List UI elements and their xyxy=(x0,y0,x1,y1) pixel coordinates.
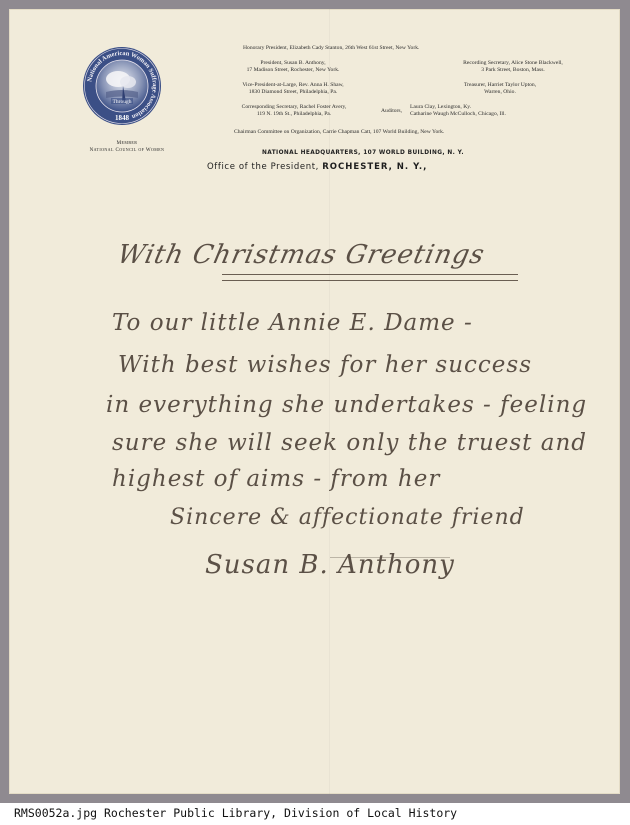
auditor-2: Catharine Waugh McCulloch, Chicago, Ill. xyxy=(410,111,506,118)
council-line: National Council of Women xyxy=(62,147,192,154)
president-address: 17 Madison Street, Rochester, New York. xyxy=(218,67,368,74)
treasurer-name: Treasurer, Harriet Taylor Upton, xyxy=(430,82,570,89)
letter-line-5: highest of aims - from her xyxy=(112,466,440,492)
corresponding-secretary-block: Corresponding Secretary, Rachel Foster A… xyxy=(204,104,384,118)
recording-secretary-block: Recording Secretary, Alice Stone Blackwe… xyxy=(418,60,608,74)
president-name: President, Susan B. Anthony, xyxy=(218,60,368,67)
letter-line-4: sure she will seek only the truest and xyxy=(112,430,587,456)
letter-closing: Sincere & affectionate friend xyxy=(170,505,525,530)
vice-president-address: 1830 Diamond Street, Philadelphia, Pa. xyxy=(208,89,378,96)
auditors-label: Auditors, xyxy=(381,108,402,115)
member-caption: Member National Council of Women xyxy=(62,140,192,154)
member-line: Member xyxy=(62,140,192,147)
svg-text:Through: Through xyxy=(113,99,132,105)
office-prefix: Office of the President, xyxy=(207,162,319,172)
national-headquarters: NATIONAL HEADQUARTERS, 107 WORLD BUILDIN… xyxy=(262,150,464,156)
chairman-organization: Chairman Committee on Organization, Carr… xyxy=(234,129,444,136)
corresponding-secretary-address: 119 N. 19th St., Philadelphia, Pa. xyxy=(204,111,384,118)
treasurer-address: Warren, Ohio. xyxy=(430,89,570,96)
corresponding-secretary-name: Corresponding Secretary, Rachel Foster A… xyxy=(204,104,384,111)
recording-secretary-address: 3 Park Street, Boston, Mass. xyxy=(418,67,608,74)
office-line: Office of the President, ROCHESTER, N. Y… xyxy=(207,162,427,172)
letter-line-1: To our little Annie E. Dame - xyxy=(112,310,473,336)
svg-text:1848: 1848 xyxy=(115,114,130,122)
president-block: President, Susan B. Anthony, 17 Madison … xyxy=(218,60,368,74)
letter-line-2: With best wishes for her success xyxy=(118,352,532,378)
auditors-list: Laura Clay, Lexington, Ky. Catharine Wau… xyxy=(410,104,506,118)
greeting-underline xyxy=(222,274,518,281)
letter-line-3: in everything she undertakes - feeling xyxy=(106,392,587,418)
signature: Susan B. Anthony xyxy=(205,550,455,580)
office-city: ROCHESTER, N. Y., xyxy=(322,162,427,172)
honorary-president: Honorary President, Elizabeth Cady Stant… xyxy=(243,45,419,52)
vice-president-block: Vice-President-at-Large, Rev. Anna H. Sh… xyxy=(208,82,378,96)
recording-secretary-name: Recording Secretary, Alice Stone Blackwe… xyxy=(418,60,608,67)
auditor-1: Laura Clay, Lexington, Ky. xyxy=(410,104,506,111)
image-caption: RMS0052a.jpg Rochester Public Library, D… xyxy=(14,806,457,820)
vice-president-name: Vice-President-at-Large, Rev. Anna H. Sh… xyxy=(208,82,378,89)
suffrage-seal-icon: National American Woman Suffrage Associa… xyxy=(82,46,162,126)
treasurer-block: Treasurer, Harriet Taylor Upton, Warren,… xyxy=(430,82,570,96)
greeting-heading: With Christmas Greetings xyxy=(115,240,488,270)
